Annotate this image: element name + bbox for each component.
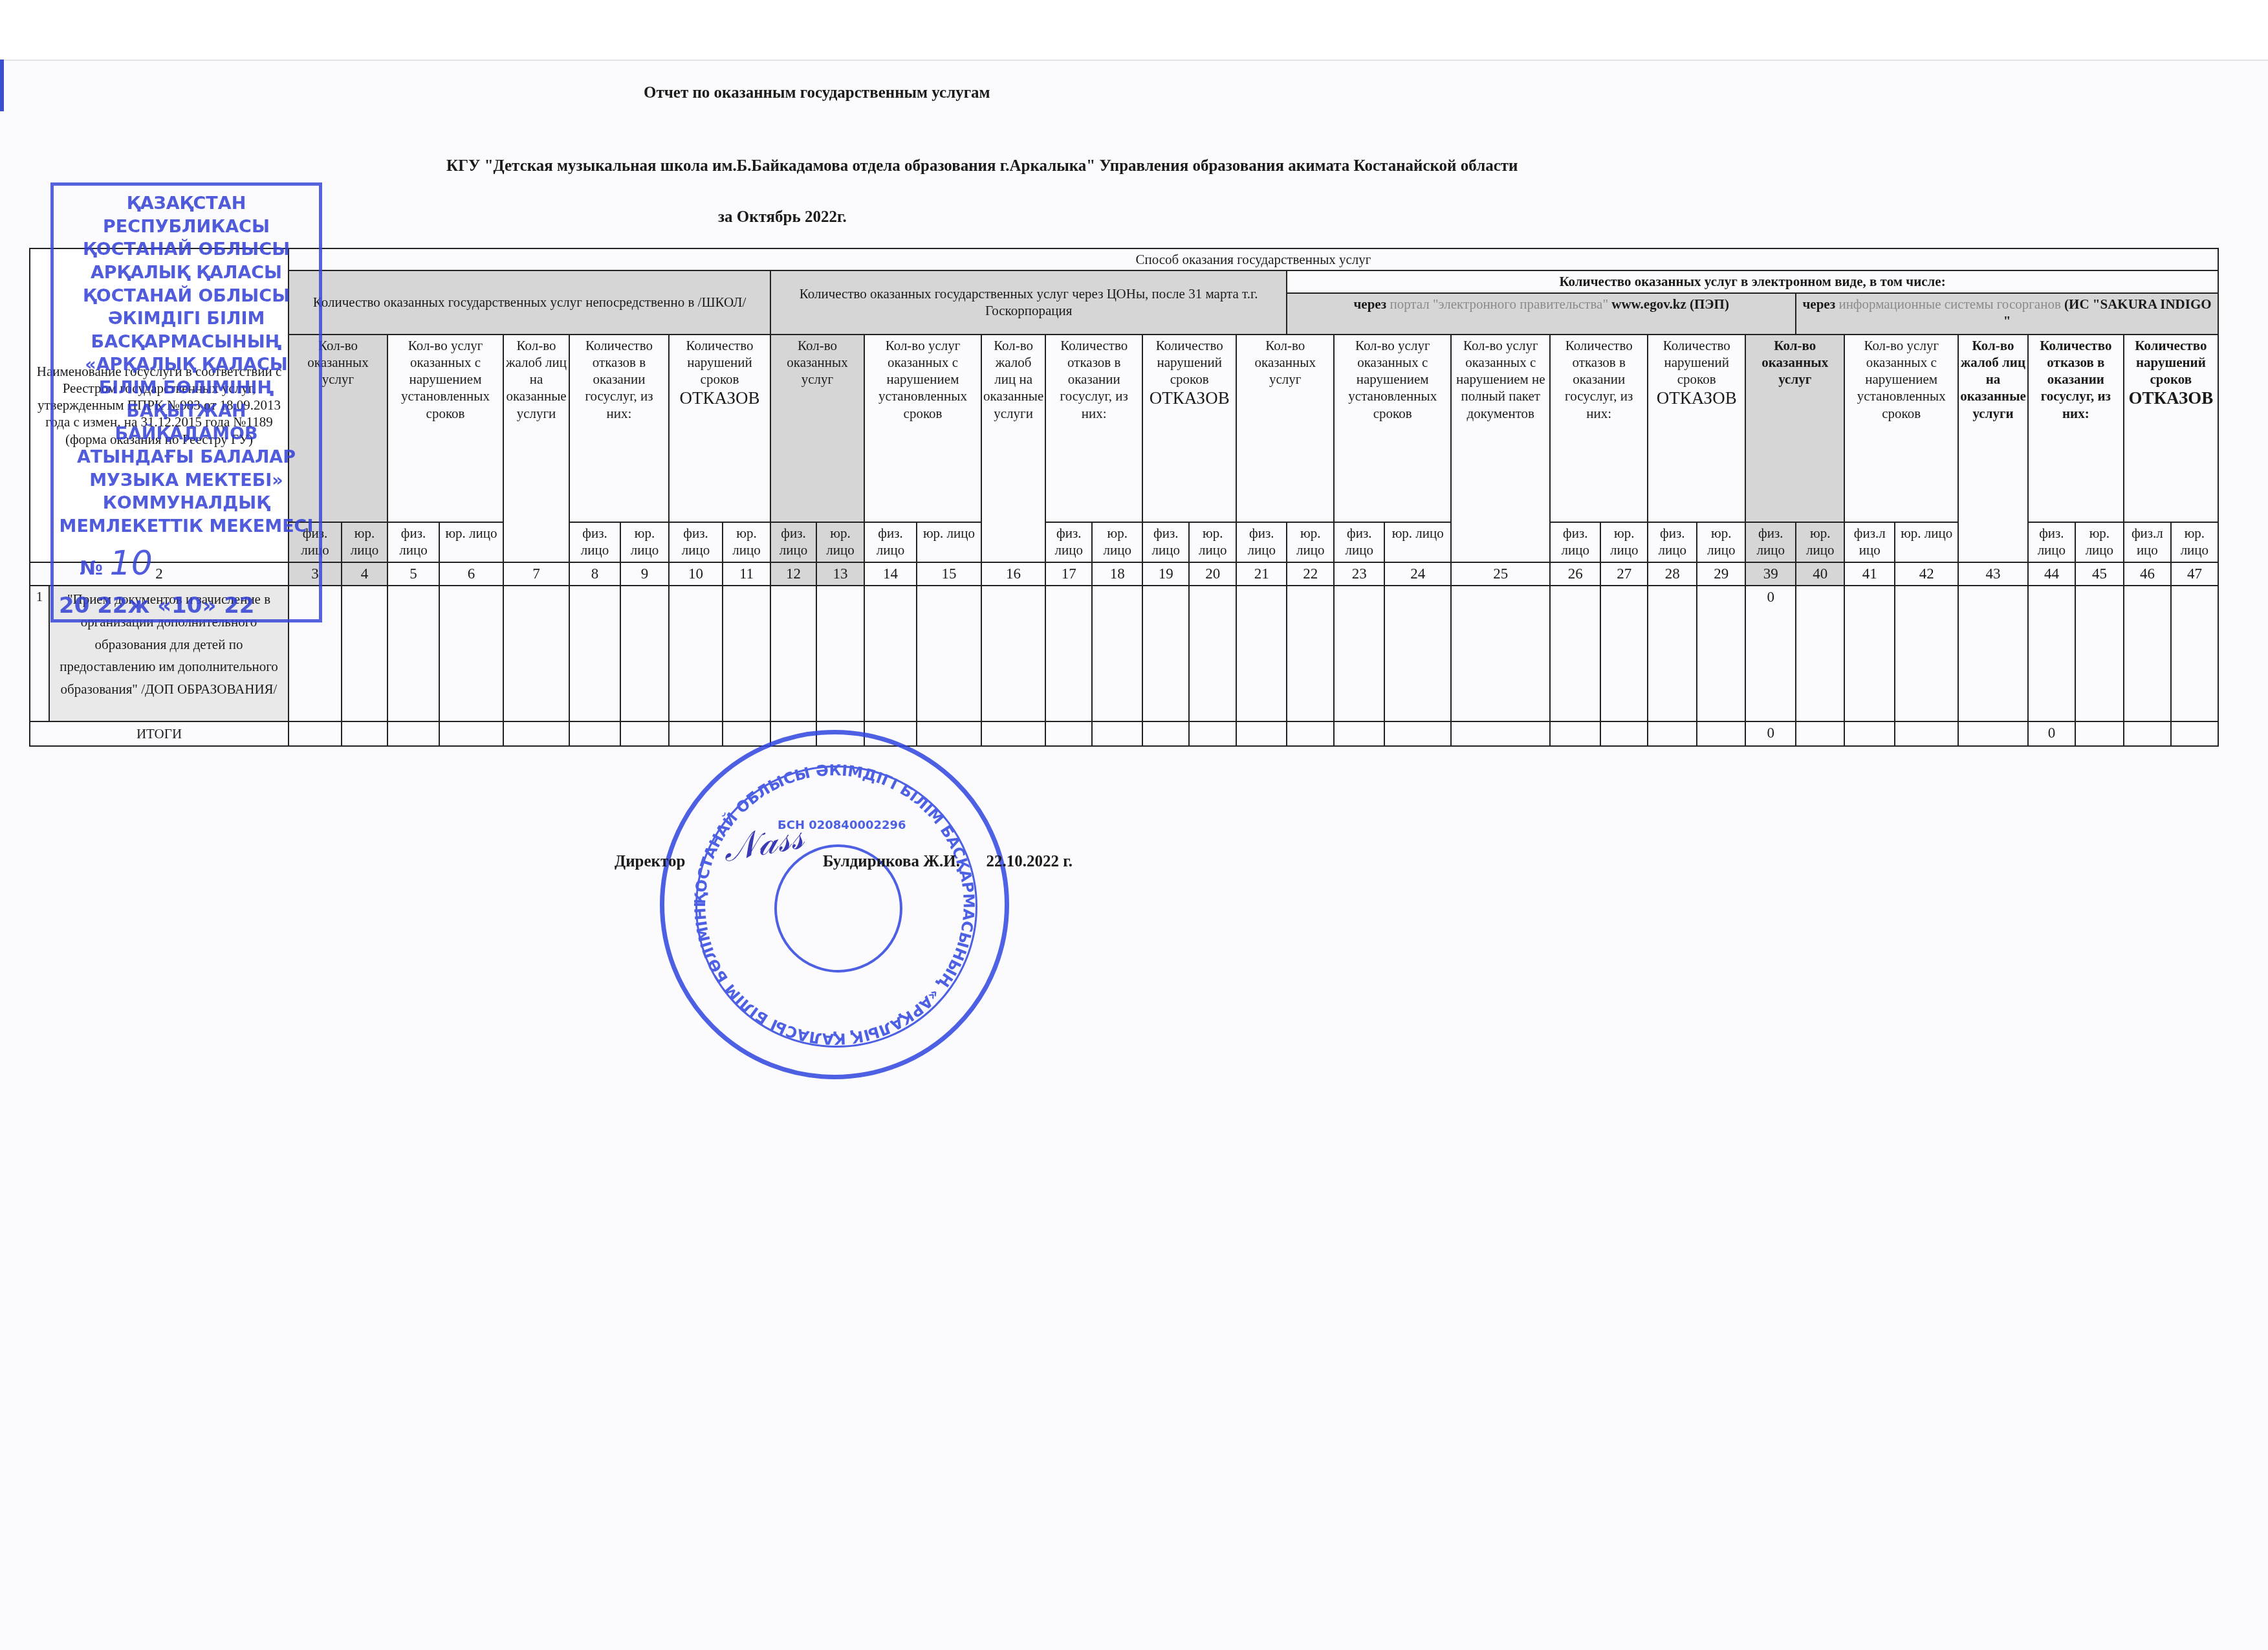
data-cell	[1236, 586, 1287, 721]
jur-person-header: юр. лицо	[1697, 522, 1745, 562]
phys-person-header: физ. лицо	[864, 522, 917, 562]
jur-person-header: юр. лицо	[816, 522, 864, 562]
totals-cell	[1895, 721, 1958, 746]
organization-name: КГУ "Детская музыкальная школа им.Б.Байк…	[446, 157, 1518, 175]
data-cell	[816, 586, 864, 721]
table-row: 1"Прием документов и зачисление в органи…	[30, 586, 2218, 721]
jur-person-header: юр. лицо	[1384, 522, 1451, 562]
jur-person-header: юр. лицо	[2171, 522, 2218, 562]
school-refusal-violations-header: Количество нарушений сроковОТКАЗОВ	[669, 335, 770, 522]
phys-person-header: физ. лицо	[1142, 522, 1189, 562]
data-cell	[387, 586, 439, 721]
phys-person-header: физ.л ицо	[1844, 522, 1895, 562]
person-type-row: физ. лицоюр. лицофиз. лицоюр. лицофиз. л…	[30, 522, 2218, 562]
column-number: 43	[1958, 562, 2028, 586]
phys-person-header: физ. лицо	[1334, 522, 1384, 562]
totals-cell	[1600, 721, 1648, 746]
totals-cell	[387, 721, 439, 746]
phys-person-header: физ.л ицо	[2124, 522, 2171, 562]
column-number: 5	[387, 562, 439, 586]
is-count-header: Кол-во оказанных услуг	[1745, 335, 1844, 522]
column-number: 7	[503, 562, 569, 586]
column-number: 28	[1648, 562, 1697, 586]
egov-incomplete-header: Кол-во услуг оказанных с нарушением не п…	[1451, 335, 1550, 562]
column-number: 22	[1287, 562, 1334, 586]
column-number: 45	[2075, 562, 2124, 586]
column-number: 15	[917, 562, 981, 586]
data-cell	[1451, 586, 1550, 721]
group-is-header: через информационные системы госорганов …	[1796, 293, 2218, 335]
con-complaints-header: Кол-во жалоб лиц на оказанные услуги	[981, 335, 1045, 562]
totals-cell	[1334, 721, 1384, 746]
con-refusals-header: Количество отказов в оказании госуслуг, …	[1045, 335, 1142, 522]
is-refusals-header: Количество отказов в оказании госуслуг, …	[2028, 335, 2124, 522]
data-cell	[503, 586, 569, 721]
totals-cell	[1236, 721, 1287, 746]
registration-stamp: ҚАЗАҚСТАН РЕСПУБЛИКАСЫҚОСТАНАЙ ОБЛЫСЫАРҚ…	[50, 182, 322, 622]
phys-person-header: физ. лицо	[569, 522, 620, 562]
column-number: 40	[1796, 562, 1844, 586]
totals-cell	[620, 721, 669, 746]
data-cell	[1844, 586, 1895, 721]
school-violation-header: Кол-во услуг оказанных с нарушением уста…	[387, 335, 503, 522]
phys-person-header: физ. лицо	[669, 522, 723, 562]
scan-edge-mark	[0, 60, 4, 111]
column-number: 20	[1189, 562, 1236, 586]
jur-person-header: юр. лицо	[723, 522, 770, 562]
totals-cell	[1697, 721, 1745, 746]
column-number: 23	[1334, 562, 1384, 586]
data-cell	[342, 586, 387, 721]
data-cell	[1895, 586, 1958, 721]
jur-person-header: юр. лицо	[1189, 522, 1236, 562]
column-number: 11	[723, 562, 770, 586]
official-seal: ҚОСТАНАЙ ОБЛЫСЫ ӘКІМДІГІ БІЛІМ БАСҚАРМАС…	[660, 730, 1009, 1079]
method-header: Способ оказания государственных услуг	[289, 248, 2218, 270]
data-cell	[723, 586, 770, 721]
jur-person-header: юр. лицо	[1092, 522, 1142, 562]
column-number: 39	[1745, 562, 1796, 586]
data-cell	[1189, 586, 1236, 721]
column-number: 13	[816, 562, 864, 586]
totals-cell	[289, 721, 342, 746]
column-number: 9	[620, 562, 669, 586]
school-refusals-header: Количество отказов в оказании госуслуг, …	[569, 335, 669, 522]
signature-date: 22.10.2022 г.	[986, 853, 1073, 871]
egov-refusal-violations-header: Количество нарушений сроковОТКАЗОВ	[1648, 335, 1745, 522]
data-cell	[864, 586, 917, 721]
column-number: 12	[770, 562, 816, 586]
is-complaints-header: Кол-во жалоб лиц на оказанные услуги	[1958, 335, 2028, 562]
data-cell	[1287, 586, 1334, 721]
column-number: 17	[1045, 562, 1092, 586]
totals-cell	[2124, 721, 2171, 746]
column-number: 21	[1236, 562, 1287, 586]
data-cell	[1796, 586, 1844, 721]
column-number: 4	[342, 562, 387, 586]
jur-person-header: юр. лицо	[917, 522, 981, 562]
totals-label: ИТОГИ	[30, 721, 289, 746]
egov-count-header: Кол-во оказанных услуг	[1236, 335, 1334, 522]
column-number: 14	[864, 562, 917, 586]
scan-top-margin	[0, 0, 2268, 61]
group-school-header: Количество оказанных государственных усл…	[289, 270, 770, 334]
jur-person-header: юр. лицо	[620, 522, 669, 562]
totals-cell	[1796, 721, 1844, 746]
column-number: 29	[1697, 562, 1745, 586]
report-title: Отчет по оказанным государственным услуг…	[644, 84, 990, 102]
jur-person-header: юр. лицо	[1796, 522, 1844, 562]
column-number: 6	[439, 562, 503, 586]
totals-cell	[439, 721, 503, 746]
stamp-number: № 10	[54, 542, 319, 586]
stamp-date: 20 22ж «10» 22	[54, 591, 319, 621]
column-number: 24	[1384, 562, 1451, 586]
column-number: 18	[1092, 562, 1142, 586]
column-number: 47	[2171, 562, 2218, 586]
signer-name: Булдирикова Ж.И.	[823, 853, 960, 871]
column-number: 19	[1142, 562, 1189, 586]
jur-person-header: юр. лицо	[1600, 522, 1648, 562]
column-number: 26	[1550, 562, 1600, 586]
column-number: 27	[1600, 562, 1648, 586]
phys-person-header: физ. лицо	[2028, 522, 2075, 562]
data-cell	[1648, 586, 1697, 721]
data-cell	[1697, 586, 1745, 721]
data-cell	[981, 586, 1045, 721]
jur-person-header: юр. лицо	[342, 522, 387, 562]
data-cell	[1600, 586, 1648, 721]
is-refusal-violations-header: Количество нарушений сроковОТКАЗОВ	[2124, 335, 2218, 522]
data-cell	[1045, 586, 1092, 721]
column-number: 41	[1844, 562, 1895, 586]
jur-person-header: юр. лицо	[1895, 522, 1958, 562]
data-cell	[770, 586, 816, 721]
report-table: Наименование госуслуги в соответствии с …	[29, 248, 2219, 747]
totals-cell	[2171, 721, 2218, 746]
stamp-text: ҚАЗАҚСТАН РЕСПУБЛИКАСЫҚОСТАНАЙ ОБЛЫСЫАРҚ…	[54, 192, 319, 538]
column-number: 25	[1451, 562, 1550, 586]
totals-cell	[1958, 721, 2028, 746]
phys-person-header: физ. лицо	[1648, 522, 1697, 562]
totals-cell	[1142, 721, 1189, 746]
row-index: 1	[30, 586, 49, 721]
phys-person-header: физ. лицо	[1236, 522, 1287, 562]
column-number: 42	[1895, 562, 1958, 586]
phys-person-header: физ. лицо	[1745, 522, 1796, 562]
column-numbers-row: 2345678910111213141516171819202122232425…	[30, 562, 2218, 586]
jur-person-header: юр. лицо	[2075, 522, 2124, 562]
egov-violation-header: Кол-во услуг оказанных с нарушением уста…	[1334, 335, 1451, 522]
phys-person-header: физ. лицо	[387, 522, 439, 562]
phys-person-header: физ. лицо	[1045, 522, 1092, 562]
con-count-header: Кол-во оказанных услуг	[770, 335, 864, 522]
data-cell	[2028, 586, 2075, 721]
data-cell	[1142, 586, 1189, 721]
totals-cell	[1384, 721, 1451, 746]
totals-row: ИТОГИ00	[30, 721, 2218, 746]
totals-cell	[342, 721, 387, 746]
data-cell	[2171, 586, 2218, 721]
data-cell	[917, 586, 981, 721]
data-cell	[569, 586, 620, 721]
data-cell	[620, 586, 669, 721]
is-violation-header: Кол-во услуг оказанных с нарушением уста…	[1844, 335, 1958, 522]
data-cell	[1334, 586, 1384, 721]
totals-cell: 0	[1745, 721, 1796, 746]
signer-role: Директор	[615, 853, 685, 871]
totals-cell	[1648, 721, 1697, 746]
totals-cell	[1045, 721, 1092, 746]
totals-cell	[569, 721, 620, 746]
column-number: 8	[569, 562, 620, 586]
data-cell	[2124, 586, 2171, 721]
handwritten-signature-icon: 𝒩𝒶𝓈𝓈	[719, 815, 807, 892]
data-cell: 0	[1745, 586, 1796, 721]
column-number: 16	[981, 562, 1045, 586]
group-egov-header: через портал "электронного правительства…	[1287, 293, 1796, 335]
data-cell	[1958, 586, 2028, 721]
totals-cell	[1092, 721, 1142, 746]
data-cell	[2075, 586, 2124, 721]
jur-person-header: юр. лицо	[1287, 522, 1334, 562]
con-violation-header: Кол-во услуг оказанных с нарушением уста…	[864, 335, 981, 522]
jur-person-header: юр. лицо	[439, 522, 503, 562]
data-cell	[1550, 586, 1600, 721]
con-refusal-violations-header: Количество нарушений сроковОТКАЗОВ	[1142, 335, 1236, 522]
totals-cell	[1844, 721, 1895, 746]
data-cell	[669, 586, 723, 721]
phys-person-header: физ. лицо	[770, 522, 816, 562]
totals-cell	[1451, 721, 1550, 746]
totals-cell	[503, 721, 569, 746]
data-cell	[1384, 586, 1451, 721]
data-cell	[439, 586, 503, 721]
totals-cell	[2075, 721, 2124, 746]
totals-cell	[1550, 721, 1600, 746]
column-number: 10	[669, 562, 723, 586]
column-number: 46	[2124, 562, 2171, 586]
column-number: 44	[2028, 562, 2075, 586]
signature-line: Директор Булдирикова Ж.И. 22.10.2022 г.	[615, 853, 1073, 871]
totals-cell	[1189, 721, 1236, 746]
egov-refusals-header: Количество отказов в оказании госуслуг, …	[1550, 335, 1648, 522]
totals-cell: 0	[2028, 721, 2075, 746]
school-complaints-header: Кол-во жалоб лиц на оказанные услуги	[503, 335, 569, 562]
group-con-header: Количество оказанных государственных усл…	[770, 270, 1287, 334]
report-period: за Октябрь 2022г.	[718, 208, 847, 226]
group-electronic-header: Количество оказанных услуг в электронном…	[1287, 270, 2218, 292]
totals-cell	[1287, 721, 1334, 746]
phys-person-header: физ. лицо	[1550, 522, 1600, 562]
data-cell	[1092, 586, 1142, 721]
